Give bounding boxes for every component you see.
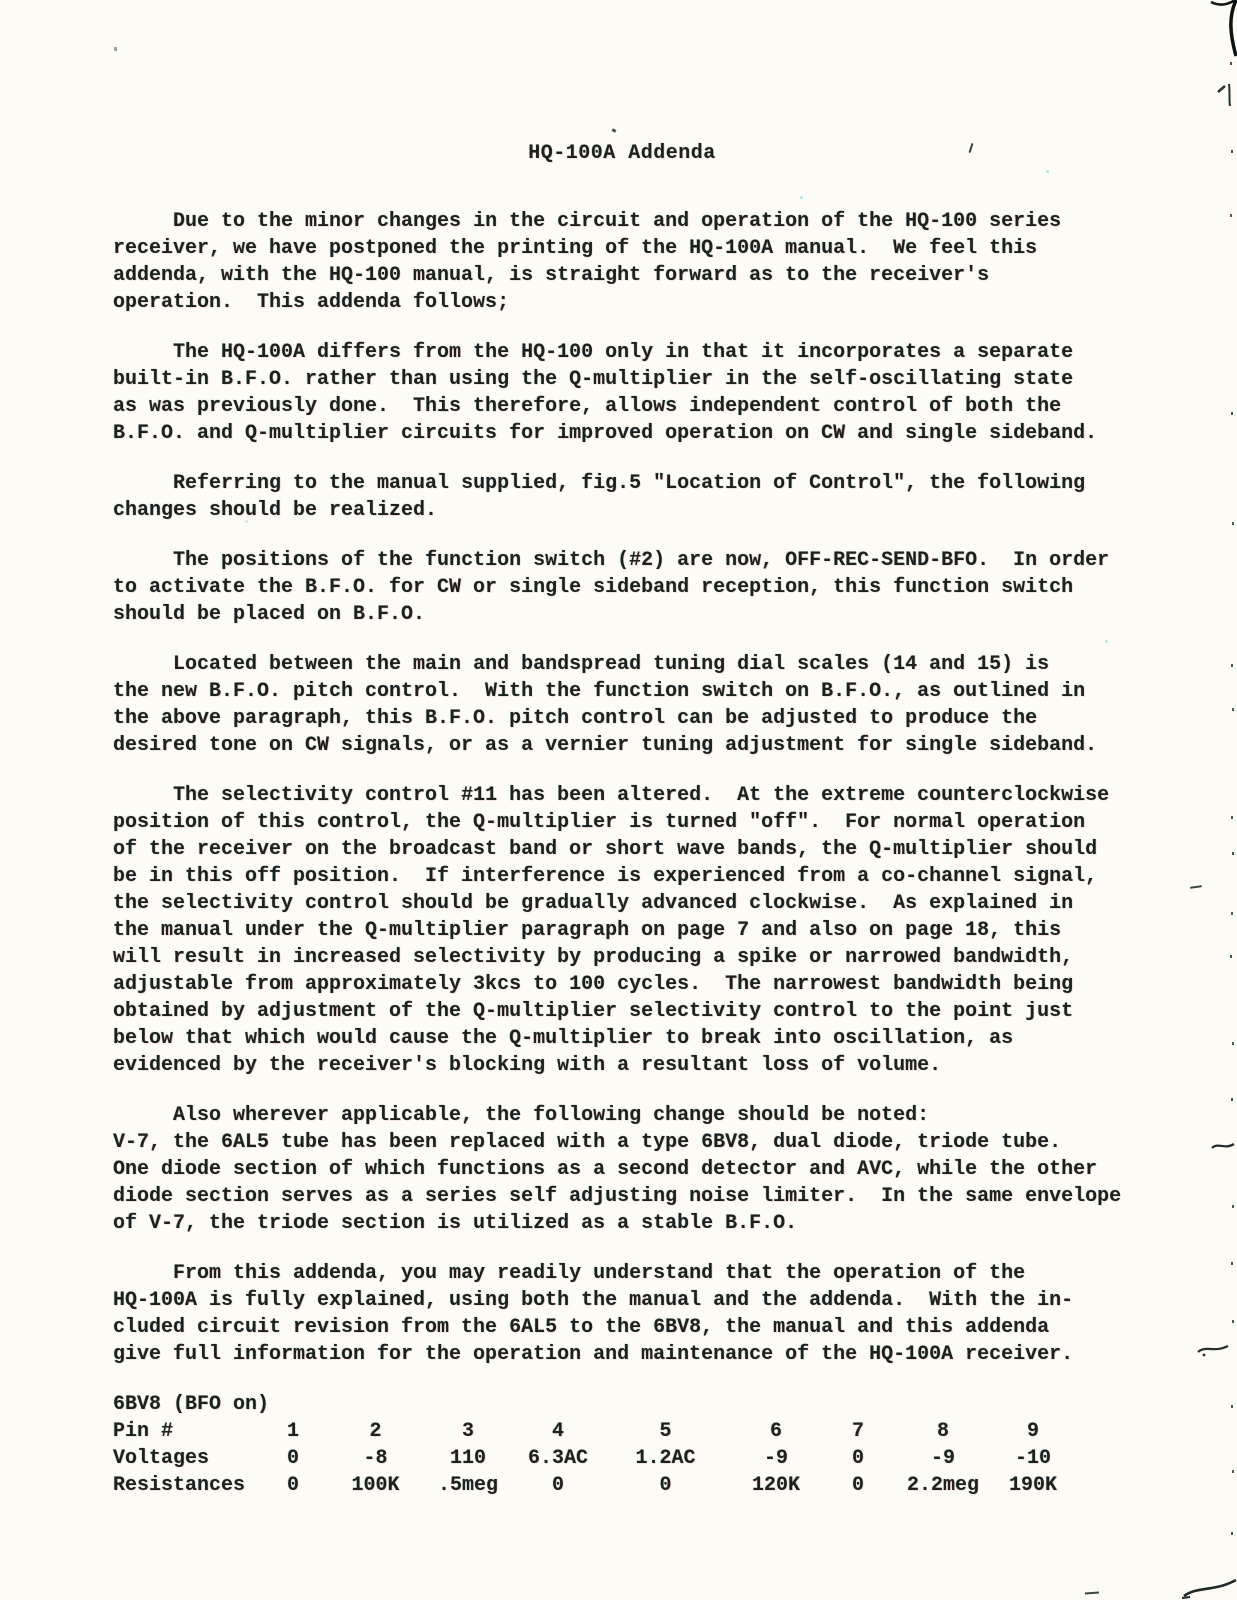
pin-number: 4	[513, 1418, 603, 1445]
resistance-value: .5meg	[423, 1472, 513, 1499]
paragraph-manual-reference: Referring to the manual supplied, fig.5 …	[113, 470, 1131, 524]
scan-corner-mark	[1197, 0, 1237, 58]
scan-squiggle-mark	[1210, 1140, 1236, 1154]
voltage-value: -9	[728, 1445, 824, 1472]
voltage-value: -10	[994, 1445, 1072, 1472]
resistance-value: 0	[258, 1472, 328, 1499]
paragraph-conclusion: From this addenda, you may readily under…	[113, 1260, 1131, 1368]
table-caption: 6BV8 (BFO on)	[113, 1391, 1131, 1418]
resistance-value: 100K	[328, 1472, 423, 1499]
resistance-value: 0	[513, 1472, 603, 1499]
scanned-document-page: HQ-100A Addenda Due to the minor changes…	[0, 0, 1237, 1600]
pin-header-label: Pin #	[113, 1418, 258, 1445]
pin-number: 5	[603, 1418, 728, 1445]
table-row-pins: Pin # 1 2 3 4 5 6 7 8 9	[113, 1418, 1131, 1445]
scan-edge-dots	[0, 0, 2, 3]
paragraph-pitch-control: Located between the main and bandspread …	[113, 651, 1131, 759]
pin-number: 1	[258, 1418, 328, 1445]
resistance-value: 0	[824, 1472, 892, 1499]
pin-number: 2	[328, 1418, 423, 1445]
resistance-value: 0	[603, 1472, 728, 1499]
pin-number: 6	[728, 1418, 824, 1445]
voltage-value: 1.2AC	[603, 1445, 728, 1472]
page-title: HQ-100A Addenda	[113, 140, 1131, 167]
paragraph-selectivity-control: The selectivity control #11 has been alt…	[113, 782, 1131, 1079]
scan-dash-mark	[1085, 1592, 1099, 1595]
paragraph-tube-change: Also wherever applicable, the following …	[113, 1102, 1131, 1237]
pin-number: 3	[423, 1418, 513, 1445]
scan-dash-mark	[1190, 885, 1202, 889]
paragraph-intro: Due to the minor changes in the circuit …	[113, 208, 1131, 316]
row-label: Resistances	[113, 1472, 258, 1499]
scan-speck	[612, 128, 617, 133]
scan-speck	[114, 47, 117, 51]
scan-squiggle-mark	[1196, 1340, 1230, 1358]
paragraph-bfo-difference: The HQ-100A differs from the HQ-100 only…	[113, 339, 1131, 447]
resistance-value: 120K	[728, 1472, 824, 1499]
pin-number: 9	[994, 1418, 1072, 1445]
voltage-value: 6.3AC	[513, 1445, 603, 1472]
scan-margin-mark	[1216, 82, 1236, 108]
paragraph-function-switch: The positions of the function switch (#2…	[113, 547, 1131, 628]
resistance-value: 190K	[994, 1472, 1072, 1499]
pin-number: 8	[892, 1418, 994, 1445]
row-label: Voltages	[113, 1445, 258, 1472]
scan-squiggle-mark	[1180, 1578, 1237, 1600]
scan-color-specks	[0, 0, 3, 3]
voltage-value: 0	[258, 1445, 328, 1472]
voltage-value: -8	[328, 1445, 423, 1472]
tube-voltage-table: 6BV8 (BFO on) Pin # 1 2 3 4 5 6 7 8 9 Vo…	[113, 1391, 1131, 1499]
table-row-voltages: Voltages 0 -8 110 6.3AC 1.2AC -9 0 -9 -1…	[113, 1445, 1131, 1472]
table-row-resistances: Resistances 0 100K .5meg 0 0 120K 0 2.2m…	[113, 1472, 1131, 1499]
voltage-value: 110	[423, 1445, 513, 1472]
pin-number: 7	[824, 1418, 892, 1445]
resistance-value: 2.2meg	[892, 1472, 994, 1499]
voltage-value: -9	[892, 1445, 994, 1472]
document-content: HQ-100A Addenda Due to the minor changes…	[113, 140, 1131, 1499]
voltage-value: 0	[824, 1445, 892, 1472]
